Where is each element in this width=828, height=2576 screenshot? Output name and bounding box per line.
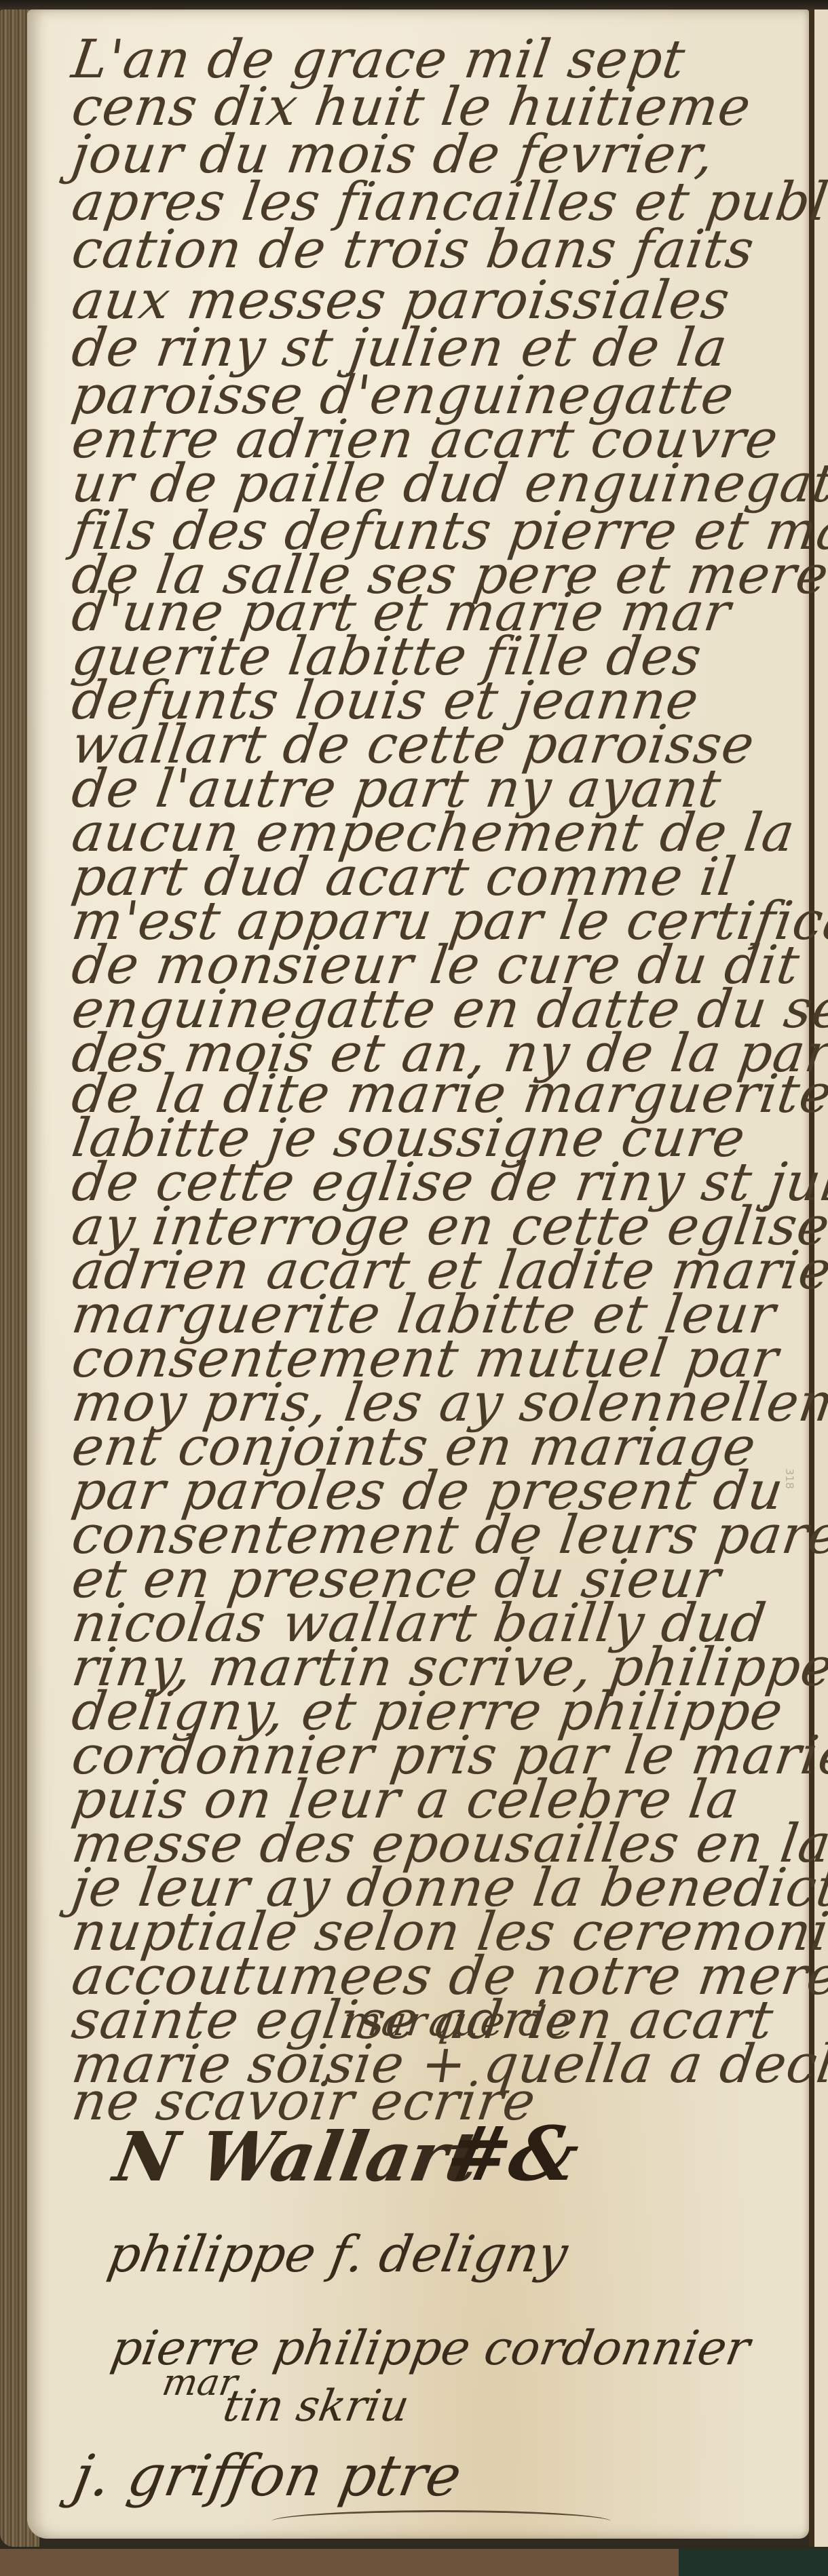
- signature-mark: #&: [440, 2110, 586, 2197]
- margin-stamp: 318: [783, 1468, 796, 1489]
- signature-wallart: N Wallart: [109, 2117, 485, 2197]
- register-page-photo: L'an de grace mil sept cens dix huit le …: [0, 0, 828, 2576]
- green-cloth-surface: [679, 2549, 828, 2576]
- signature-deligny: philippe f. deligny: [103, 2225, 571, 2284]
- signature-priest-griffon: j. griffon ptre: [69, 2442, 466, 2509]
- signature-martin: tin skriu: [219, 2381, 413, 2431]
- signature-flourish: [271, 2510, 611, 2533]
- table-surface: [0, 2549, 679, 2576]
